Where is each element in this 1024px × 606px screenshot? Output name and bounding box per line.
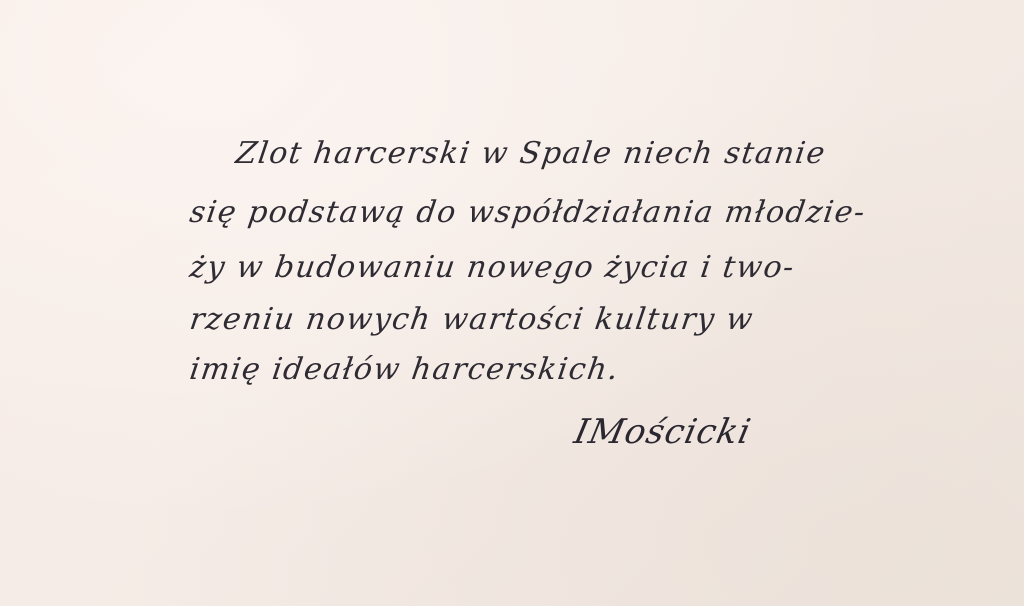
signature: IMościcki — [571, 412, 755, 452]
note-line-2: się podstawą do współdziałania młodzie- — [188, 195, 869, 230]
note-line-5: imię ideałów harcerskich. — [188, 352, 622, 387]
note-line-3: ży w budowaniu nowego życia i two- — [188, 250, 798, 285]
note-line-4: rzeniu nowych wartości kultury w — [188, 302, 757, 337]
handwritten-note: Zlot harcerski w Spale niech stanie się … — [0, 0, 1024, 606]
note-line-1: Zlot harcerski w Spale niech stanie — [234, 136, 829, 171]
